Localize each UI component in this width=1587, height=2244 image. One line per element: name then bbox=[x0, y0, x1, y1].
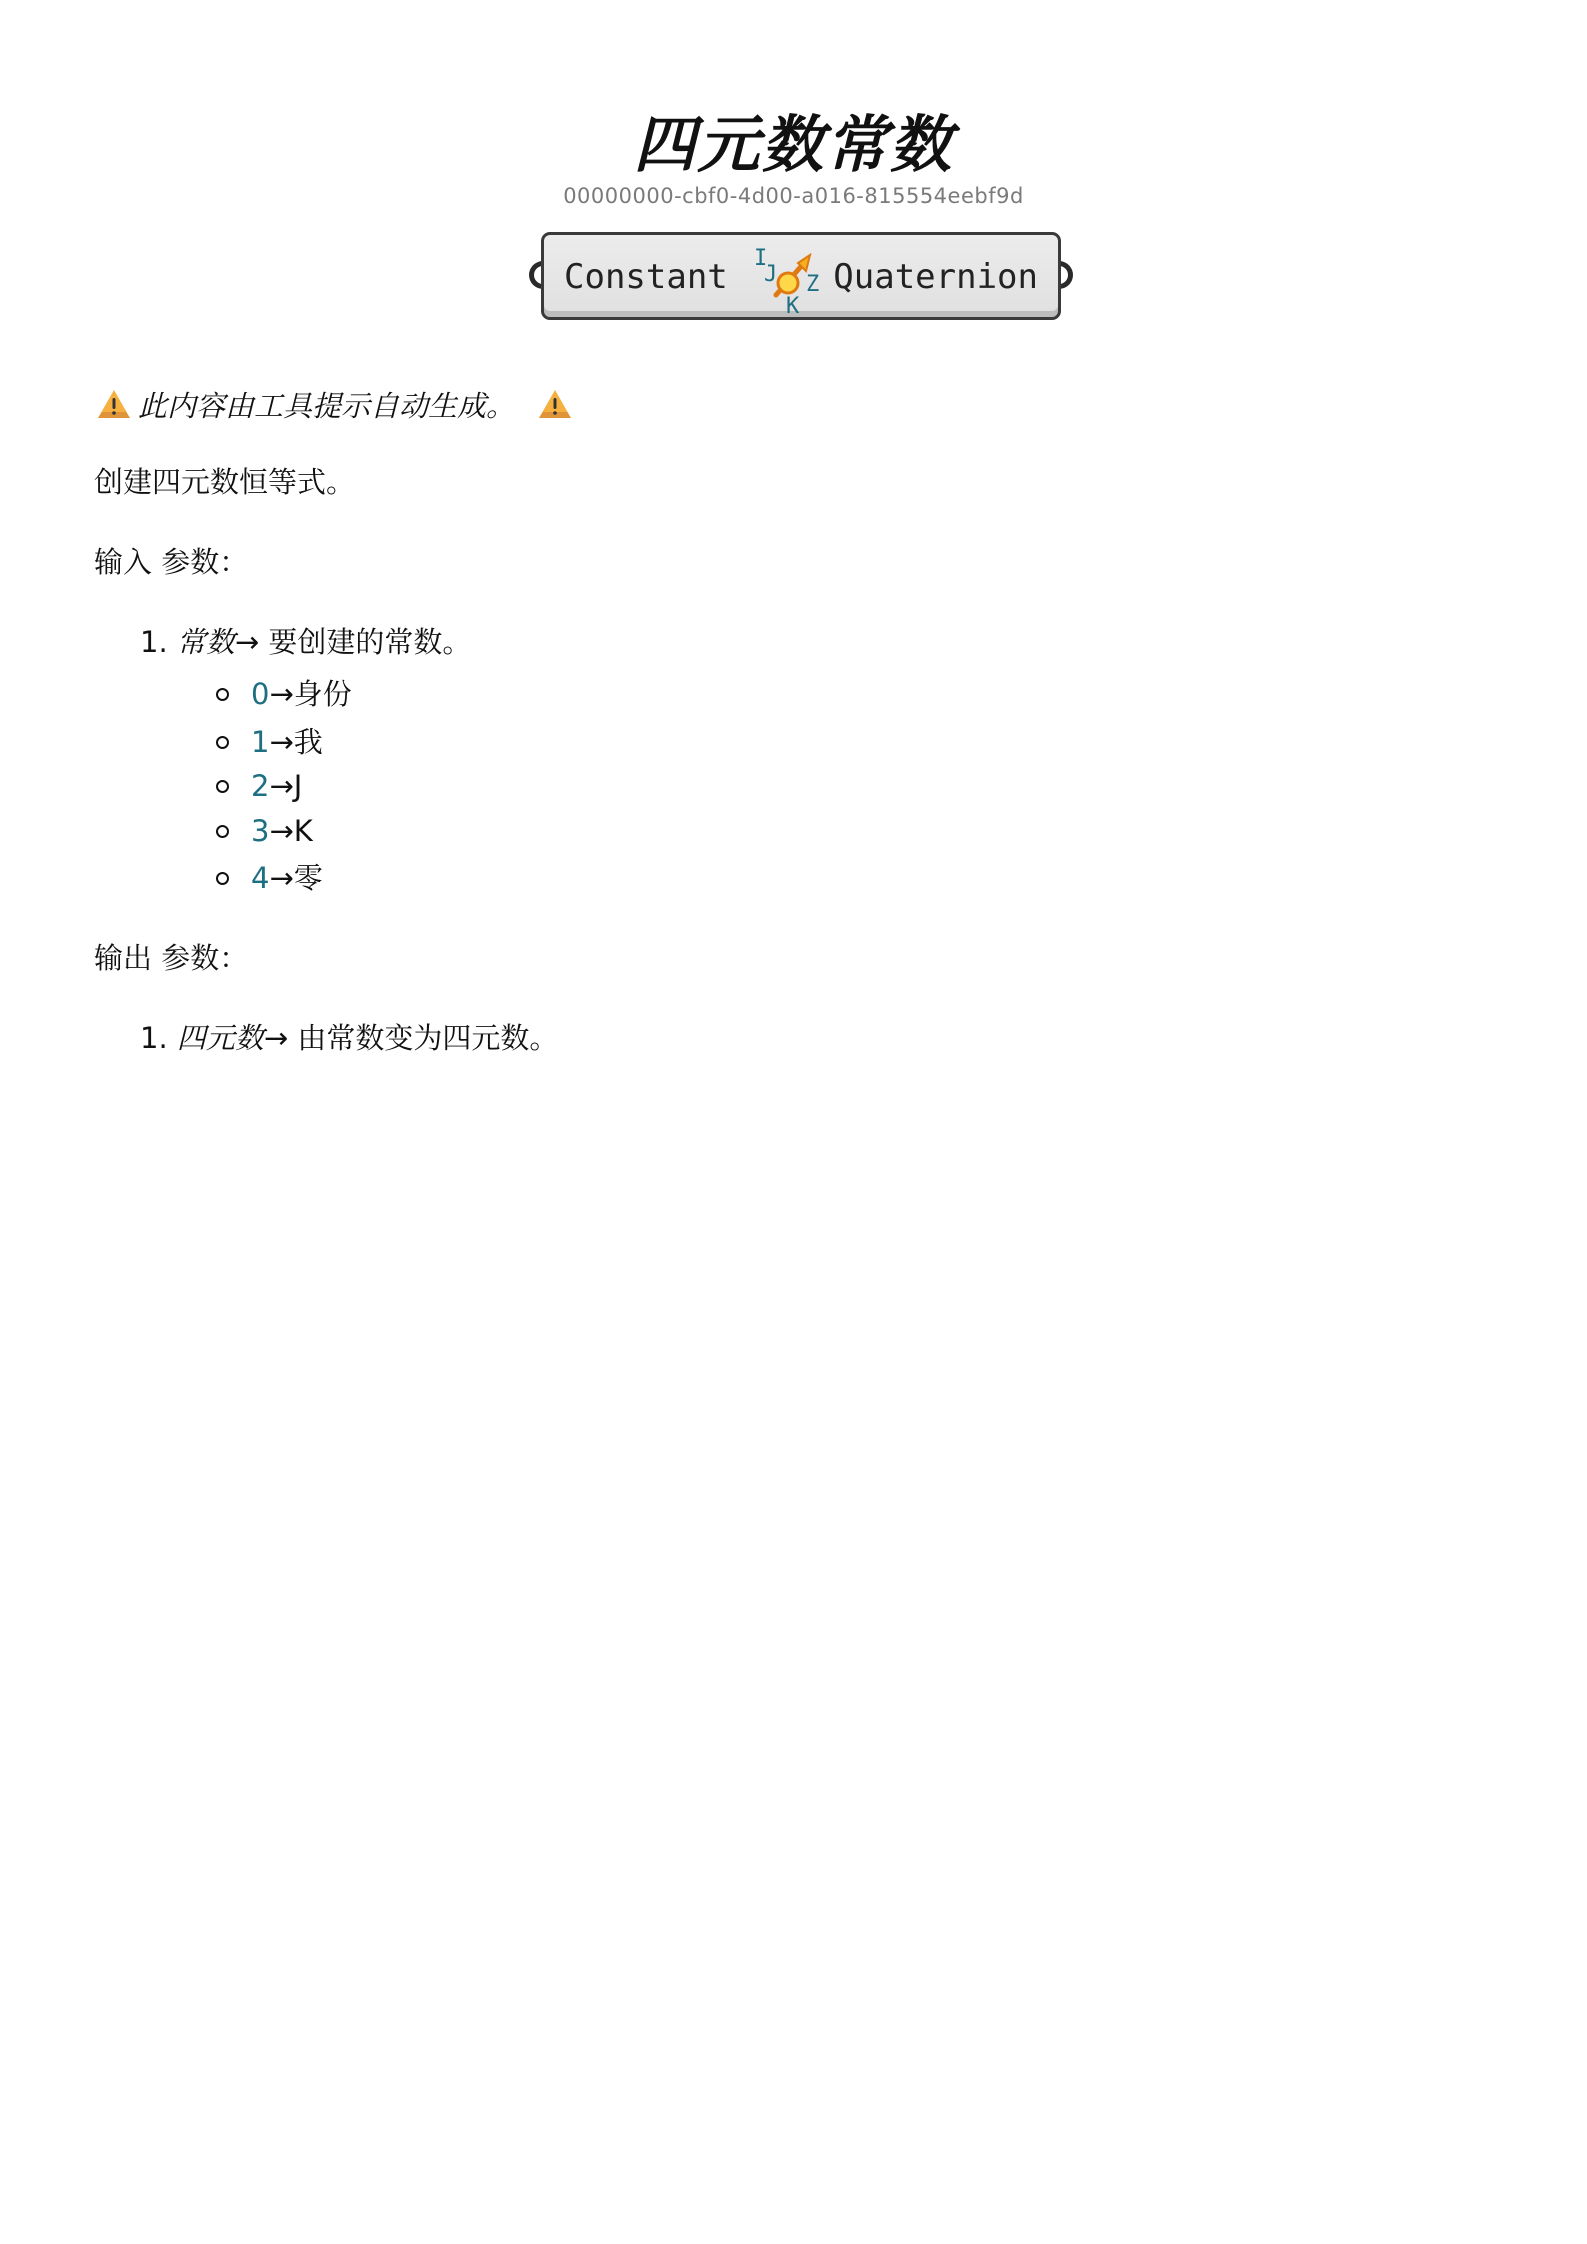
option-item: 2→ J bbox=[216, 766, 302, 806]
arrow: → bbox=[269, 674, 293, 714]
arrow: → bbox=[269, 722, 293, 762]
option-value: 1 bbox=[251, 722, 269, 762]
option-value: 4 bbox=[251, 858, 269, 898]
description: 创建四元数恒等式。 bbox=[94, 462, 355, 502]
outputs-heading: 输出 参数： bbox=[94, 938, 248, 978]
param-description: 由常数变为四元数。 bbox=[288, 1021, 558, 1055]
input-label: Constant bbox=[564, 255, 728, 299]
output-label: Quaternion bbox=[833, 255, 1038, 299]
arrow: → bbox=[264, 1021, 288, 1055]
quaternion-icon: I J Z K bbox=[750, 241, 826, 317]
svg-text:J: J bbox=[764, 262, 777, 287]
inputs-heading: 输入 参数： bbox=[94, 542, 248, 582]
list-index: 1. bbox=[140, 625, 168, 659]
component-body: Constant I J Z K Quaternion bbox=[541, 232, 1061, 320]
component-node: Constant I J Z K Quaternion bbox=[537, 232, 1065, 322]
bullet-icon bbox=[216, 780, 229, 793]
param-description: 要创建的常数。 bbox=[259, 625, 471, 659]
option-label: 我 bbox=[294, 722, 323, 762]
arrow: → bbox=[269, 811, 293, 851]
option-item: 3→ K bbox=[216, 811, 313, 851]
bullet-icon bbox=[216, 688, 229, 701]
option-label: J bbox=[294, 766, 303, 806]
param-name: 四元数 bbox=[177, 1021, 264, 1055]
svg-text:K: K bbox=[786, 294, 800, 317]
page-title: 四元数常数 bbox=[0, 100, 1587, 190]
option-label: 身份 bbox=[294, 674, 352, 714]
input-param-item: 1. 常数→ 要创建的常数。 bbox=[140, 622, 471, 662]
option-value: 3 bbox=[251, 811, 269, 851]
arrow: → bbox=[269, 858, 293, 898]
option-value: 2 bbox=[251, 766, 269, 806]
arrow: → bbox=[235, 625, 259, 659]
warning-text: 此内容由工具提示自动生成。 bbox=[138, 384, 515, 425]
output-param-item: 1. 四元数→ 由常数变为四元数。 bbox=[140, 1018, 558, 1058]
bullet-icon bbox=[216, 736, 229, 749]
option-label: K bbox=[294, 811, 313, 851]
auto-generated-warning: 此内容由工具提示自动生成。 bbox=[96, 376, 579, 432]
option-item: 0→ 身份 bbox=[216, 674, 352, 714]
bullet-icon bbox=[216, 825, 229, 838]
warning-icon bbox=[537, 388, 573, 420]
option-item: 1→ 我 bbox=[216, 722, 323, 762]
param-name: 常数 bbox=[177, 625, 235, 659]
option-label: 零 bbox=[294, 858, 323, 898]
option-value: 0 bbox=[251, 674, 269, 714]
svg-text:Z: Z bbox=[806, 272, 819, 297]
arrow: → bbox=[269, 766, 293, 806]
option-item: 4→ 零 bbox=[216, 858, 323, 898]
warning-icon bbox=[96, 388, 132, 420]
list-index: 1. bbox=[140, 1021, 168, 1055]
bullet-icon bbox=[216, 872, 229, 885]
component-guid: 00000000-cbf0-4d00-a016-815554eebf9d bbox=[0, 184, 1587, 208]
